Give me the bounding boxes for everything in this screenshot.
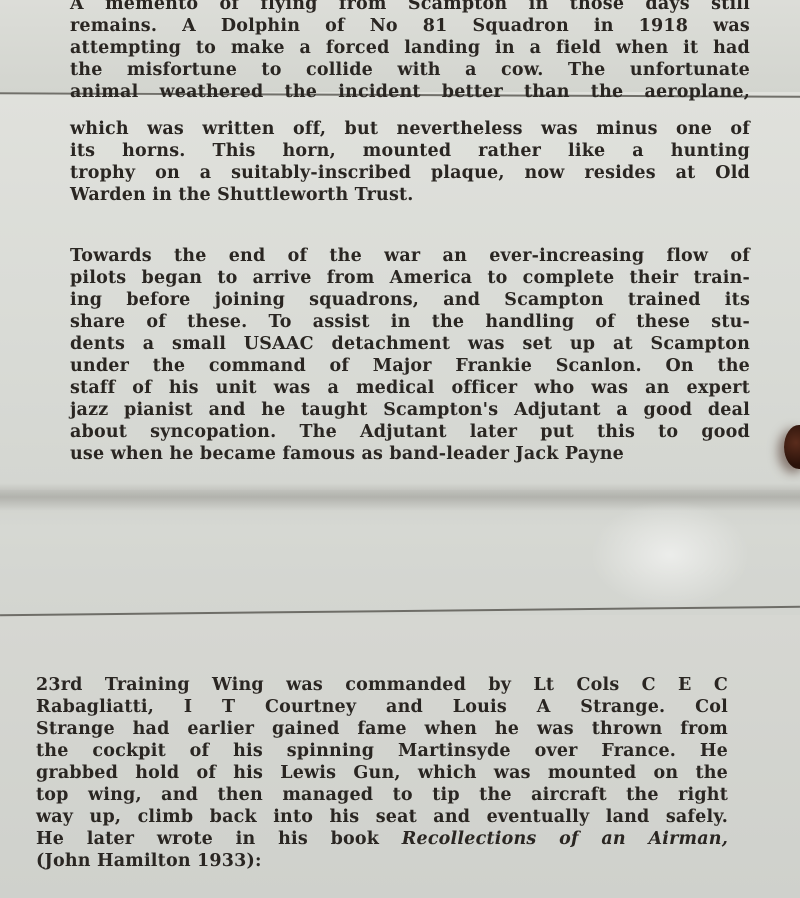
text-line: dents a small USAAC detachment was set u… — [70, 333, 750, 355]
text-line: attempting to make a forced landing in a… — [70, 37, 750, 59]
text-line: share of these. To assist in the handlin… — [70, 311, 750, 333]
light-glare — [590, 500, 750, 610]
book-title: Recollections of an Airman, — [402, 829, 728, 849]
text-line: ing before joining squadrons, and Scampt… — [70, 289, 750, 311]
paragraph-training-wing: 23rd Training Wing was commanded by Lt C… — [36, 674, 728, 872]
text-line: staff of his unit was a medical officer … — [70, 377, 750, 399]
text-line: way up, climb back into his seat and eve… — [36, 806, 728, 828]
text-line-with-title: He later wrote in his book Recollections… — [36, 828, 728, 850]
text-line: animal weathered the incident better tha… — [70, 81, 750, 103]
text-line: its horns. This horn, mounted rather lik… — [70, 140, 750, 162]
text-line: A memento of flying from Scampton in tho… — [70, 0, 750, 15]
paragraph-memento: A memento of flying from Scampton in tho… — [70, 0, 750, 103]
text-line: Strange had earlier gained fame when he … — [36, 718, 728, 740]
text-line: top wing, and then managed to tip the ai… — [36, 784, 728, 806]
text-line: (John Hamilton 1933): — [36, 850, 728, 872]
text-line: pilots began to arrive from America to c… — [70, 267, 750, 289]
text-line: jazz pianist and he taught Scampton's Ad… — [70, 399, 750, 421]
text-line: which was written off, but nevertheless … — [70, 118, 750, 140]
paragraph-american-pilots: Towards the end of the war an ever-incre… — [70, 245, 750, 465]
text-line: Towards the end of the war an ever-incre… — [70, 245, 750, 267]
text-line: the misfortune to collide with a cow. Th… — [70, 59, 750, 81]
text-line: He later wrote in his book — [36, 829, 402, 849]
text-line: under the command of Major Frankie Scanl… — [70, 355, 750, 377]
text-line: trophy on a suitably-inscribed plaque, n… — [70, 162, 750, 184]
text-line: Warden in the Shuttleworth Trust. — [70, 184, 750, 206]
text-line: about syncopation. The Adjutant later pu… — [70, 421, 750, 443]
paragraph-horn: which was written off, but nevertheless … — [70, 118, 750, 206]
text-line: 23rd Training Wing was commanded by Lt C… — [36, 674, 728, 696]
text-line: grabbed hold of his Lewis Gun, which was… — [36, 762, 728, 784]
text-line: use when he became famous as band-leader… — [70, 443, 750, 465]
text-line: Rabagliatti, I T Courtney and Louis A St… — [36, 696, 728, 718]
text-line: remains. A Dolphin of No 81 Squadron in … — [70, 15, 750, 37]
text-line: the cockpit of his spinning Martinsyde o… — [36, 740, 728, 762]
